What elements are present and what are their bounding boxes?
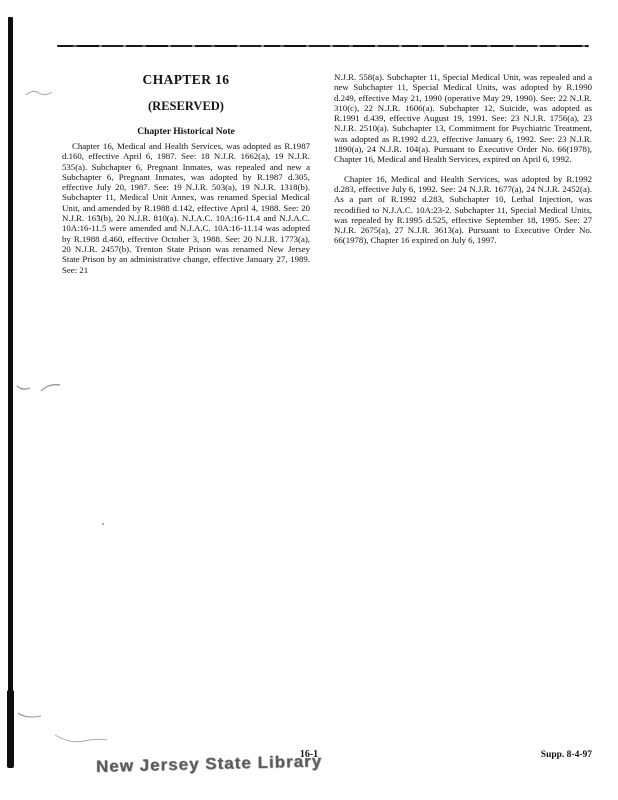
content-columns: CHAPTER 16 (RESERVED) Chapter Historical…	[62, 72, 592, 275]
historical-note-text-right-continued: N.J.R. 558(a). Subchapter 11, Special Me…	[334, 72, 592, 165]
historical-note-text-right-second: Chapter 16, Medical and Health Services,…	[334, 174, 592, 246]
right-column: N.J.R. 558(a). Subchapter 11, Special Me…	[334, 72, 592, 275]
library-stamp: New Jersey State Library	[96, 751, 322, 777]
historical-note-text-left: Chapter 16, Medical and Health Services,…	[62, 141, 310, 275]
historical-note-heading: Chapter Historical Note	[62, 127, 310, 137]
scan-artifact-squiggle	[52, 731, 110, 747]
reserved-heading: (RESERVED)	[62, 99, 310, 114]
scan-top-line	[57, 45, 589, 47]
supplement-date: Supp. 8-4-97	[541, 750, 592, 760]
chapter-heading: CHAPTER 16	[62, 72, 310, 88]
scan-speck	[102, 523, 104, 525]
document-page: CHAPTER 16 (RESERVED) Chapter Historical…	[0, 0, 618, 800]
scan-binding-line	[8, 17, 13, 767]
scan-artifact-squiggle	[24, 86, 54, 100]
left-column: CHAPTER 16 (RESERVED) Chapter Historical…	[62, 72, 310, 275]
scan-artifact-squiggle	[15, 379, 63, 397]
scan-artifact-squiggle	[16, 709, 44, 721]
